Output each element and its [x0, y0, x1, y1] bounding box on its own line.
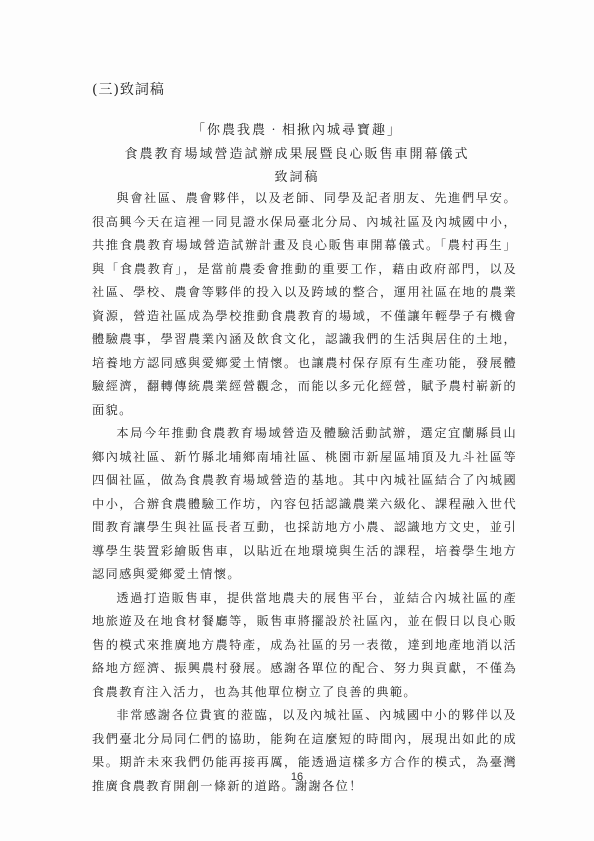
page-number: 16 [0, 771, 594, 783]
document-page: (三)致詞稿 「你農我農‧相揪內城尋寶趣」 食農教育場域營造試辦成果展暨良心販售… [0, 0, 594, 841]
paragraph-3: 透過打造販售車，提供當地農夫的展售平台，並結合內城社區的產地旅遊及在地食材餐廳等… [92, 587, 517, 705]
speech-body: 與會社區、農會夥伴，以及老師、同學及記者朋友、先進們早安。很高興今天在這裡一同見… [92, 187, 517, 798]
paragraph-4: 非常感謝各位貴賓的蒞臨，以及內城社區、內城國中小的夥伴以及我們臺北分局同仁們的協… [92, 704, 517, 798]
event-subtitle: 食農教育場域營造試辦成果展暨良心販售車開幕儀式 [0, 143, 594, 162]
speech-label: 致詞稿 [0, 166, 594, 185]
section-heading: (三)致詞稿 [92, 79, 165, 99]
event-title: 「你農我農‧相揪內城尋寶趣」 [0, 119, 594, 138]
paragraph-1: 與會社區、農會夥伴，以及老師、同學及記者朋友、先進們早安。很高興今天在這裡一同見… [92, 187, 517, 422]
paragraph-2: 本局今年推動食農教育場域營造及體驗活動試辦，選定宜蘭縣員山鄉內城社區、新竹縣北埔… [92, 422, 517, 587]
